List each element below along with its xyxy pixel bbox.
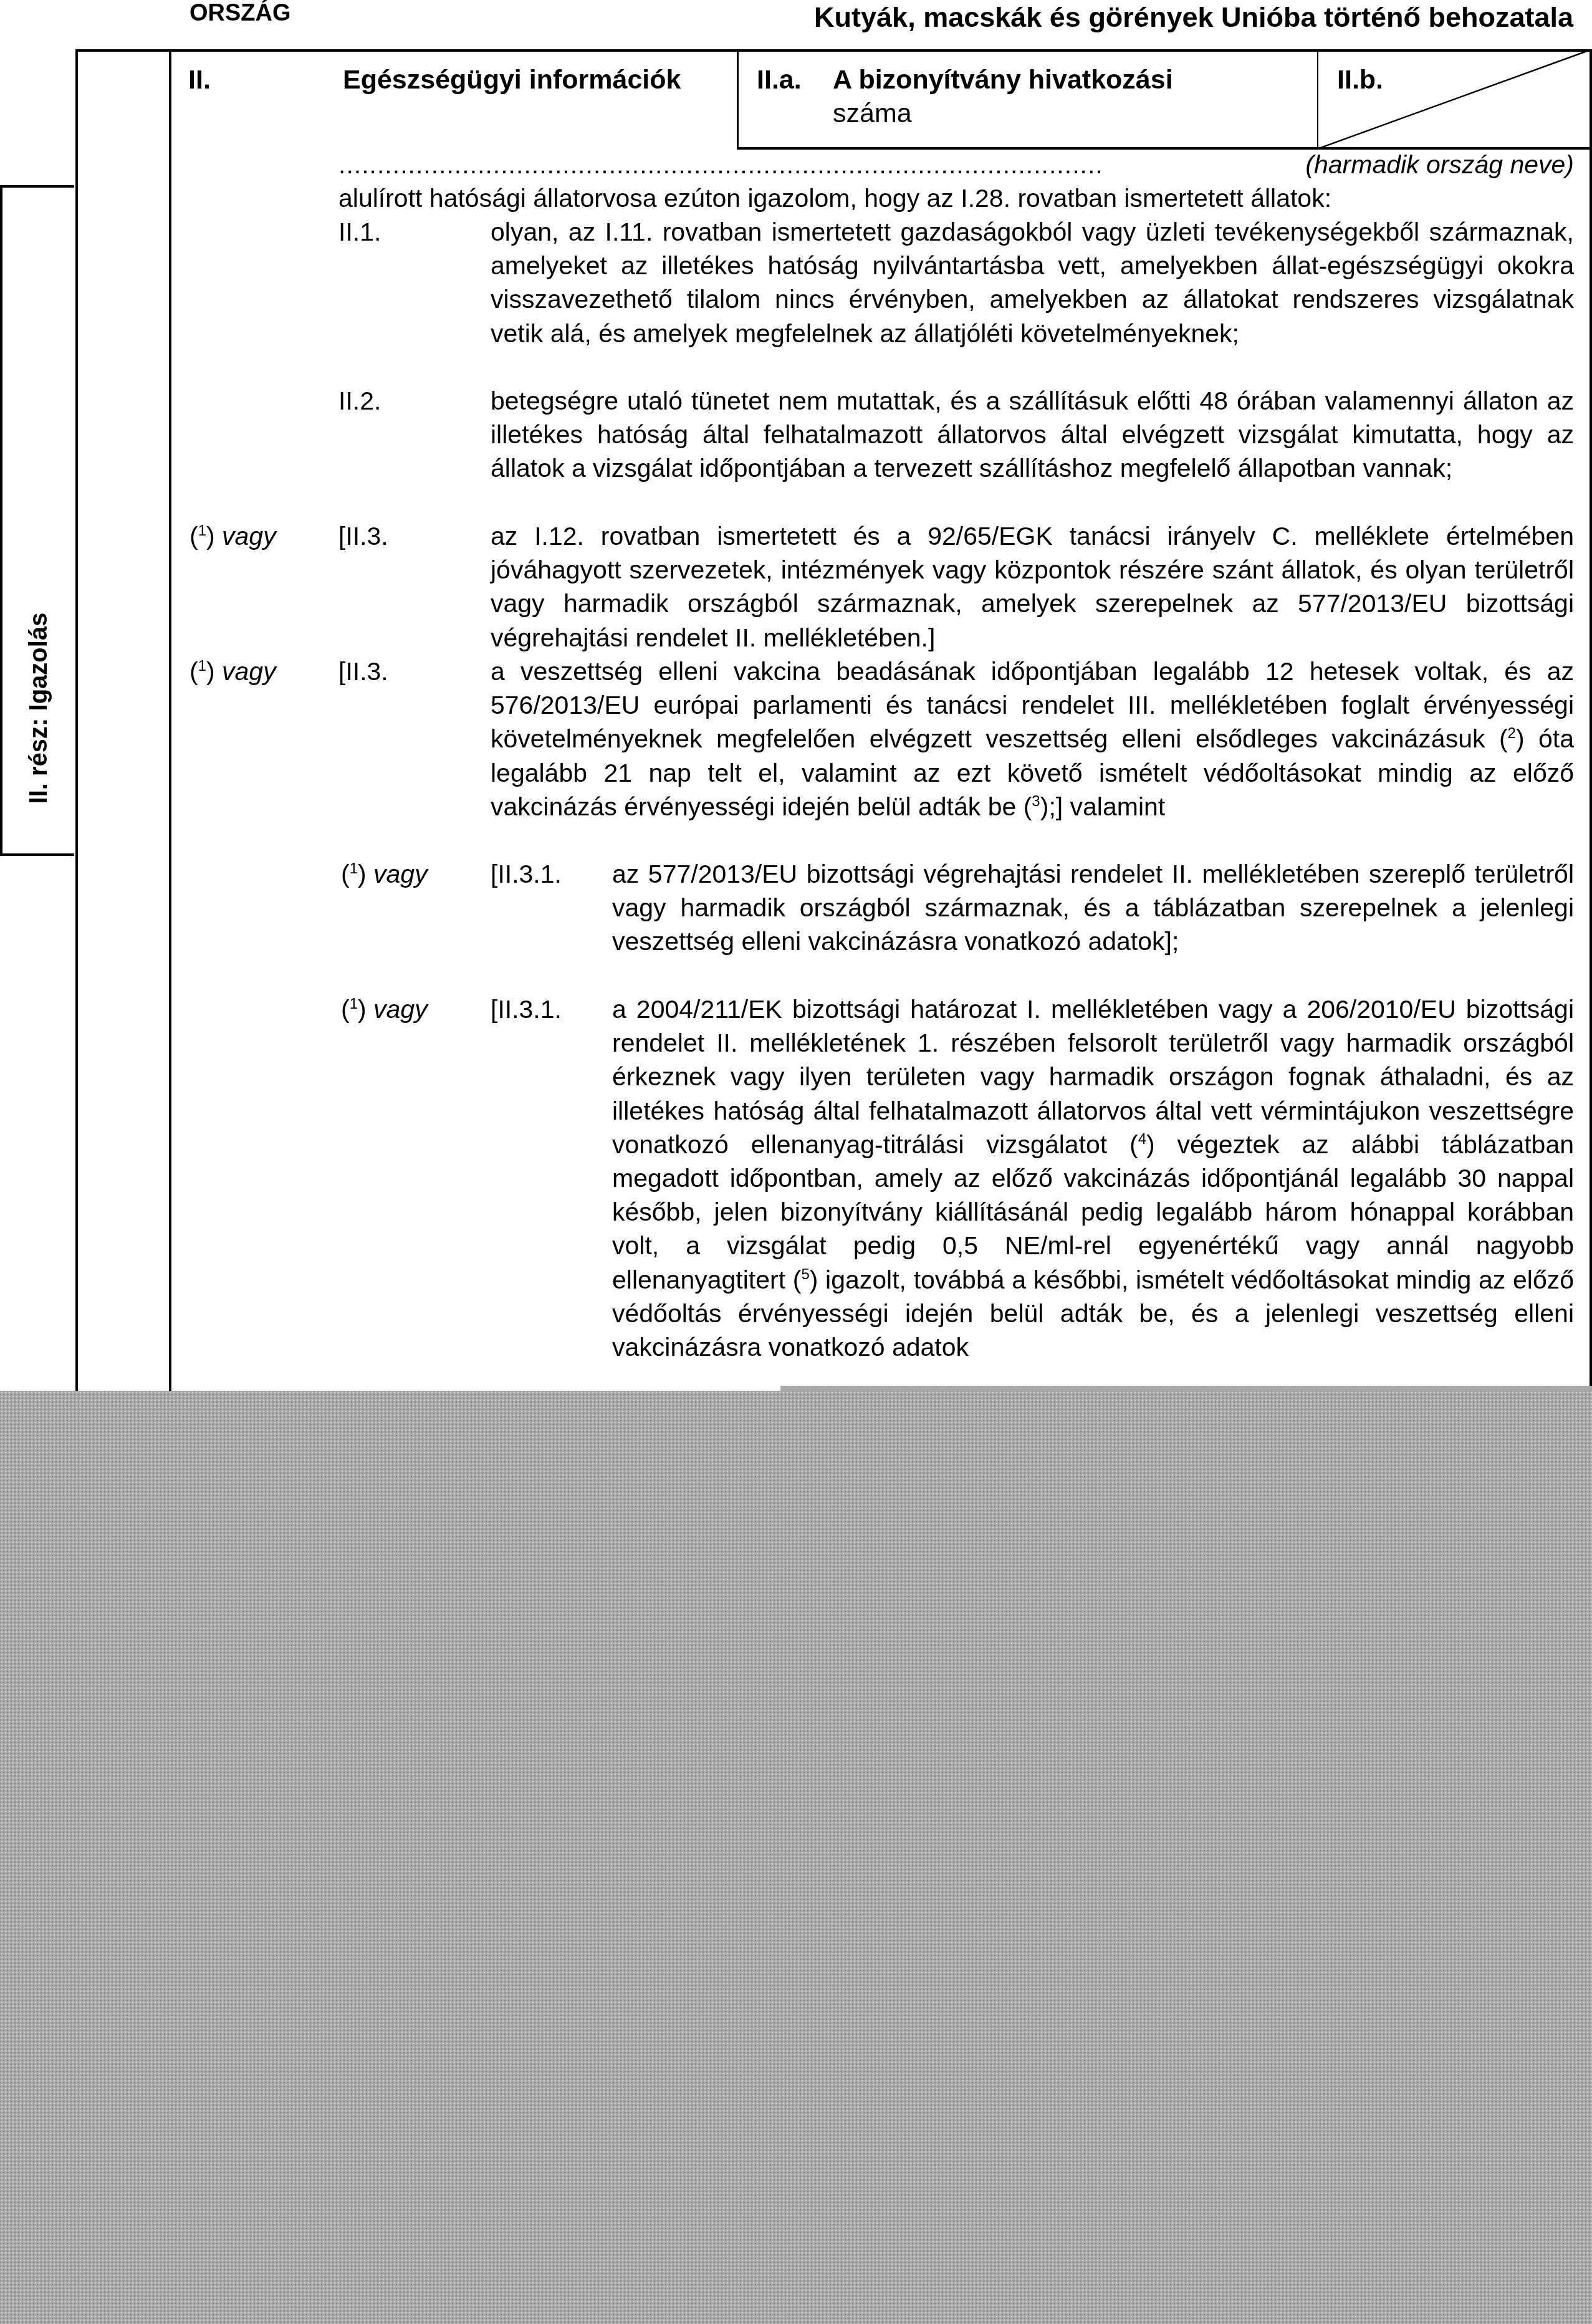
intro-statement: alulírott hatósági állatorvosa ezúton ig… [338,181,1574,215]
clause-text-ii-3-a: az I.12. rovatban ismertetett és a 92/65… [491,519,1574,655]
clause-text-ii-3-1-b: a 2004/211/EK bizottsági határozat I. me… [612,992,1574,1364]
option-marker-ii-3-1-b: (1) vagy [341,992,428,1026]
frame-right-line [1590,49,1592,1391]
footnote-ref: 4 [1138,1131,1146,1148]
clause-label-ii-3-1-a: [II.3.1. [491,857,562,891]
clause-label-ii-3-b: [II.3. [338,655,388,688]
country-name-dotted-field[interactable]: ........................................… [338,148,1103,181]
ref-number-title-line2: száma [833,97,1173,130]
clause-text-ii-2: betegségre utaló tünetet nem mutattak, é… [491,384,1574,486]
footnote-ref: 5 [801,1266,809,1283]
ref-number-title-line1: A bizonyítvány hivatkozási [833,63,1173,97]
ref-number-title: A bizonyítvány hivatkozási száma [833,63,1173,130]
iib-label: II.b. [1337,63,1383,97]
redacted-region [0,1391,1592,2324]
footnote-ref: 1 [198,658,206,675]
ref-number-label: II.a. [757,63,802,97]
country-label: ORSZÁG [189,0,291,27]
clause-text-ii-3-1-a: az 577/2013/EU bizottsági végrehajtási r… [612,857,1574,959]
footnote-ref: 1 [350,860,358,877]
clause-label-ii-1: II.1. [338,215,381,249]
country-name-placeholder: (harmadik ország neve) [1305,148,1574,181]
option-marker-ii-3-1-a: (1) vagy [341,857,428,891]
frame-inner-line [169,49,171,1391]
frame-left-line [75,49,78,1391]
side-label: II. rész: Igazolás [25,613,53,804]
footnote-ref: 1 [198,522,206,539]
footnote-ref: 1 [350,996,358,1012]
footnote-ref: 2 [1508,726,1516,742]
document-title: Kutyák, macskák és görények Unióba törté… [814,1,1573,34]
intro-block: ........................................… [338,148,1574,215]
section-title: Egészségügyi információk [343,63,681,97]
iia-left-line [737,49,739,149]
clause-label-ii-3-1-b: [II.3.1. [491,992,562,1026]
option-marker-ii-3-a: (1) vagy [189,519,276,553]
clause-text-ii-1: olyan, az I.11. rovatban ismertetett gaz… [491,215,1574,350]
clause-label-ii-3-a: [II.3. [338,519,388,553]
section-number: II. [188,63,211,97]
clause-text-ii-3-b: a veszettség elleni vakcina beadásának i… [491,655,1574,823]
side-label-box: II. rész: Igazolás [0,185,74,856]
option-marker-ii-3-b: (1) vagy [189,655,276,688]
footnote-ref: 3 [1032,793,1040,810]
clause-label-ii-2: II.2. [338,384,381,418]
